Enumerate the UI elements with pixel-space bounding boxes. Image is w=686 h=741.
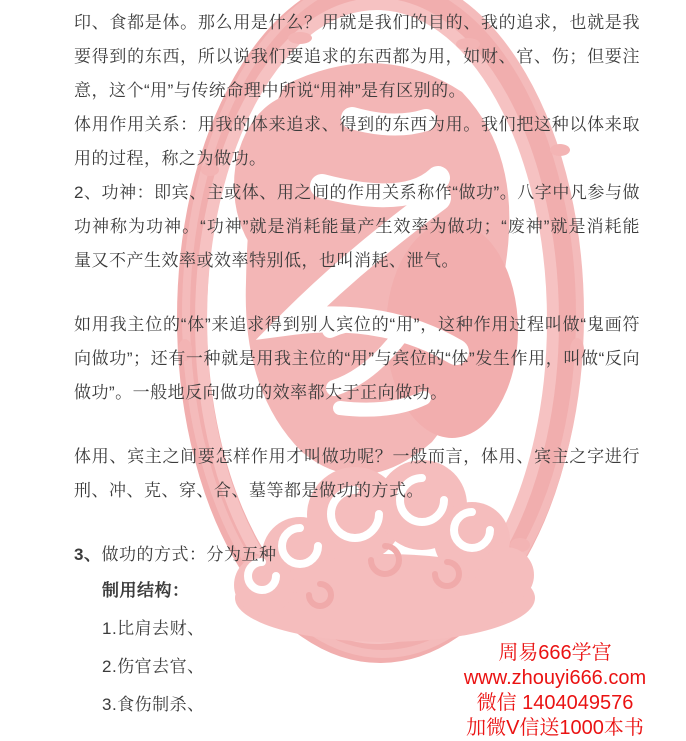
paragraph-2: 体用作用关系：用我的体来追求、得到的东西为用。我们把这种以体来取用的过程，称之为…	[74, 108, 640, 176]
paragraph-5: 体用、宾主之间要怎样作用才叫做功呢？一般而言，体用、宾主之字进行刑、冲、克、穿、…	[74, 440, 640, 508]
paragraph-3: 2、功神：即宾、主或体、用之间的作用关系称作“做功”。八字中凡参与做功神称为功神…	[74, 176, 640, 278]
section-title: 做功的方式：分为五种	[101, 545, 276, 564]
contact-site-name: 周易666学宫	[430, 641, 680, 666]
section-subtitle: 制用结构：	[74, 572, 640, 610]
document-page: 印、食都是体。那么用是什么？用就是我们的目的、我的追求，也就是我要得到的东西，所…	[0, 0, 686, 741]
paragraph-4: 如用我主位的“体”来追求得到别人宾位的“用”，这种作用过程叫做“鬼画符向做功”；…	[74, 308, 640, 410]
paragraph-1: 印、食都是体。那么用是什么？用就是我们的目的、我的追求，也就是我要得到的东西，所…	[74, 6, 640, 108]
section-heading: 3、做功的方式：分为五种	[74, 538, 640, 572]
contact-wechat: 微信 1404049576	[430, 691, 680, 716]
document-content: 印、食都是体。那么用是什么？用就是我们的目的、我的追求，也就是我要得到的东西，所…	[74, 6, 640, 724]
contact-url: www.zhouyi666.com	[430, 666, 680, 691]
contact-offer: 加微V信送1000本书	[430, 716, 680, 741]
contact-watermark: 周易666学宫 www.zhouyi666.com 微信 1404049576 …	[430, 641, 680, 741]
section-number: 3、	[74, 545, 101, 564]
